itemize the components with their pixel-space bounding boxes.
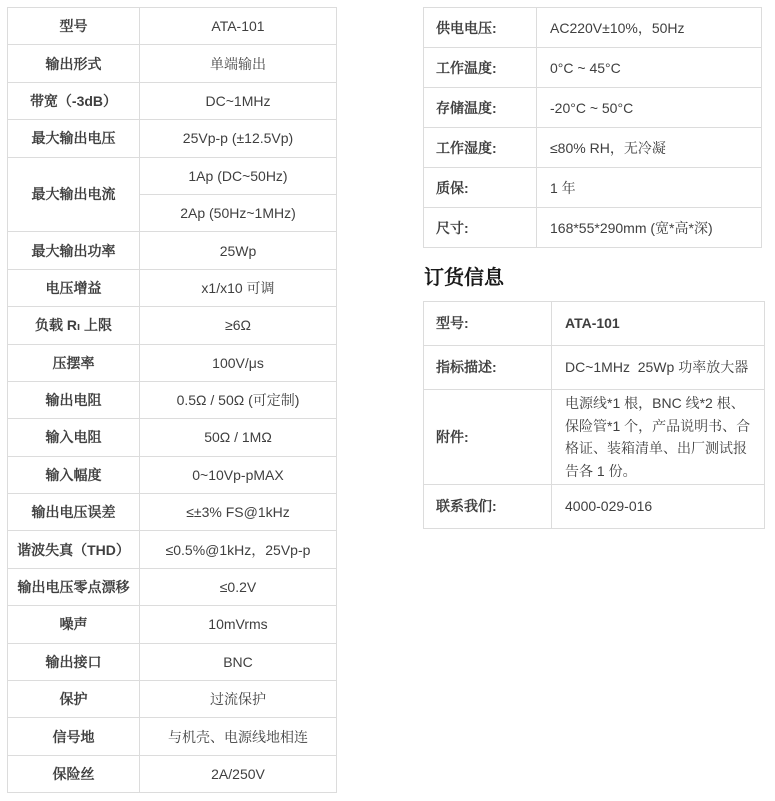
spec-value-cell: 0~10Vp-pMAX (140, 456, 337, 493)
spec-row: 输出接口BNC (8, 643, 337, 680)
spec-label-cell: 保险丝 (8, 755, 140, 792)
spec-value-cell: 单端输出 (140, 45, 337, 82)
env-value-cell: -20°C ~ 50°C (537, 88, 762, 128)
spec-value-cell: 0.5Ω / 50Ω (可定制) (140, 381, 337, 418)
ordering-label-cell: 附件: (424, 390, 552, 485)
spec-label-cell: 负载 Rₗ 上限 (8, 307, 140, 344)
env-label-cell: 质保: (424, 168, 537, 208)
spec-row: 最大输出电压25Vp-p (±12.5Vp) (8, 120, 337, 157)
spec-label-cell: 保护 (8, 681, 140, 718)
env-row: 尺寸:168*55*290mm (宽*高*深) (424, 208, 762, 248)
ordering-row: 指标描述:DC~1MHz 25Wp 功率放大器 (424, 346, 765, 390)
env-value-cell: 168*55*290mm (宽*高*深) (537, 208, 762, 248)
spec-value-cell: x1/x10 可调 (140, 269, 337, 306)
env-row: 工作湿度:≤80% RH，无冷凝 (424, 128, 762, 168)
spec-label-cell: 输出形式 (8, 45, 140, 82)
ordering-row: 联系我们:4000-029-016 (424, 485, 765, 529)
env-value-cell: AC220V±10%，50Hz (537, 8, 762, 48)
spec-label-cell: 输入电阻 (8, 419, 140, 456)
spec-value-cell: ≤0.5%@1kHz，25Vp-p (140, 531, 337, 568)
spec-label-cell: 输入幅度 (8, 456, 140, 493)
spec-label-cell: 信号地 (8, 718, 140, 755)
spec-row: 噪声10mVrms (8, 606, 337, 643)
spec-value-cell: ≤±3% FS@1kHz (140, 494, 337, 531)
spec-value-cell: DC~1MHz (140, 82, 337, 119)
ordering-row: 附件:电源线*1 根，BNC 线*2 根、保险管*1 个，产品说明书、合格证、装… (424, 390, 765, 485)
ordering-value-cell: 电源线*1 根，BNC 线*2 根、保险管*1 个，产品说明书、合格证、装箱清单… (552, 390, 765, 485)
spec-row: 保险丝2A/250V (8, 755, 337, 792)
spec-value-cell: ≤0.2V (140, 568, 337, 605)
env-row: 质保:1 年 (424, 168, 762, 208)
spec-row: 带宽（-3dB）DC~1MHz (8, 82, 337, 119)
spec-label-cell: 最大输出电压 (8, 120, 140, 157)
spec-label-cell: 噪声 (8, 606, 140, 643)
spec-value-cell: ATA-101 (140, 8, 337, 45)
env-table: 供电电压:AC220V±10%，50Hz工作温度:0°C ~ 45°C存储温度:… (423, 7, 762, 248)
spec-label-cell: 谐波失真（THD） (8, 531, 140, 568)
spec-label-cell: 最大输出电流 (8, 157, 140, 232)
env-label-cell: 存储温度: (424, 88, 537, 128)
ordering-value-cell: 4000-029-016 (552, 485, 765, 529)
spec-value-cell: 1Ap (DC~50Hz) (140, 157, 337, 194)
spec-value-cell: 2Ap (50Hz~1MHz) (140, 194, 337, 231)
env-label-cell: 工作湿度: (424, 128, 537, 168)
spec-row: 最大输出功率25Wp (8, 232, 337, 269)
spec-value-cell: ≥6Ω (140, 307, 337, 344)
spec-row: 输出形式单端输出 (8, 45, 337, 82)
spec-row: 输入幅度0~10Vp-pMAX (8, 456, 337, 493)
spec-label-cell: 型号 (8, 8, 140, 45)
spec-row: 最大输出电流1Ap (DC~50Hz) (8, 157, 337, 194)
spec-row: 电压增益x1/x10 可调 (8, 269, 337, 306)
env-value-cell: 1 年 (537, 168, 762, 208)
spec-row: 输出电阻0.5Ω / 50Ω (可定制) (8, 381, 337, 418)
ordering-value-cell: DC~1MHz 25Wp 功率放大器 (552, 346, 765, 390)
right-column: 供电电压:AC220V±10%，50Hz工作温度:0°C ~ 45°C存储温度:… (423, 7, 765, 529)
product-spec-page: 型号ATA-101输出形式单端输出带宽（-3dB）DC~1MHz最大输出电压25… (0, 0, 775, 801)
env-label-cell: 尺寸: (424, 208, 537, 248)
spec-label-cell: 输出电压零点漂移 (8, 568, 140, 605)
spec-label-cell: 最大输出功率 (8, 232, 140, 269)
ordering-label-cell: 型号: (424, 302, 552, 346)
spec-table-body: 型号ATA-101输出形式单端输出带宽（-3dB）DC~1MHz最大输出电压25… (8, 8, 337, 793)
env-label-cell: 供电电压: (424, 8, 537, 48)
spec-value-cell: 过流保护 (140, 681, 337, 718)
env-row: 工作温度:0°C ~ 45°C (424, 48, 762, 88)
spec-row: 输出电压零点漂移≤0.2V (8, 568, 337, 605)
spec-label-cell: 输出接口 (8, 643, 140, 680)
spec-row: 型号ATA-101 (8, 8, 337, 45)
ordering-label-cell: 指标描述: (424, 346, 552, 390)
spec-value-cell: 100V/μs (140, 344, 337, 381)
spec-row: 信号地与机壳、电源线地相连 (8, 718, 337, 755)
spec-value-cell: 25Wp (140, 232, 337, 269)
spec-row: 输入电阻50Ω / 1MΩ (8, 419, 337, 456)
ordering-table-body: 型号:ATA-101指标描述:DC~1MHz 25Wp 功率放大器附件:电源线*… (424, 302, 765, 529)
ordering-row: 型号:ATA-101 (424, 302, 765, 346)
spec-label-cell: 电压增益 (8, 269, 140, 306)
env-row: 存储温度:-20°C ~ 50°C (424, 88, 762, 128)
spec-value-cell: BNC (140, 643, 337, 680)
ordering-table: 型号:ATA-101指标描述:DC~1MHz 25Wp 功率放大器附件:电源线*… (423, 301, 765, 529)
spec-value-cell: 50Ω / 1MΩ (140, 419, 337, 456)
env-value-cell: 0°C ~ 45°C (537, 48, 762, 88)
spec-row: 压摆率100V/μs (8, 344, 337, 381)
env-table-body: 供电电压:AC220V±10%，50Hz工作温度:0°C ~ 45°C存储温度:… (424, 8, 762, 248)
spec-row: 输出电压误差≤±3% FS@1kHz (8, 494, 337, 531)
env-row: 供电电压:AC220V±10%，50Hz (424, 8, 762, 48)
ordering-value-cell: ATA-101 (552, 302, 765, 346)
spec-value-cell: 25Vp-p (±12.5Vp) (140, 120, 337, 157)
env-label-cell: 工作温度: (424, 48, 537, 88)
spec-value-cell: 10mVrms (140, 606, 337, 643)
spec-table: 型号ATA-101输出形式单端输出带宽（-3dB）DC~1MHz最大输出电压25… (7, 7, 337, 793)
spec-row: 保护过流保护 (8, 681, 337, 718)
spec-row: 谐波失真（THD）≤0.5%@1kHz，25Vp-p (8, 531, 337, 568)
spec-value-cell: 2A/250V (140, 755, 337, 792)
ordering-info-heading: 订货信息 (424, 265, 765, 291)
spec-label-cell: 带宽（-3dB） (8, 82, 140, 119)
env-value-cell: ≤80% RH，无冷凝 (537, 128, 762, 168)
spec-row: 负载 Rₗ 上限≥6Ω (8, 307, 337, 344)
spec-label-cell: 输出电阻 (8, 381, 140, 418)
spec-label-cell: 输出电压误差 (8, 494, 140, 531)
ordering-label-cell: 联系我们: (424, 485, 552, 529)
spec-label-cell: 压摆率 (8, 344, 140, 381)
spec-value-cell: 与机壳、电源线地相连 (140, 718, 337, 755)
